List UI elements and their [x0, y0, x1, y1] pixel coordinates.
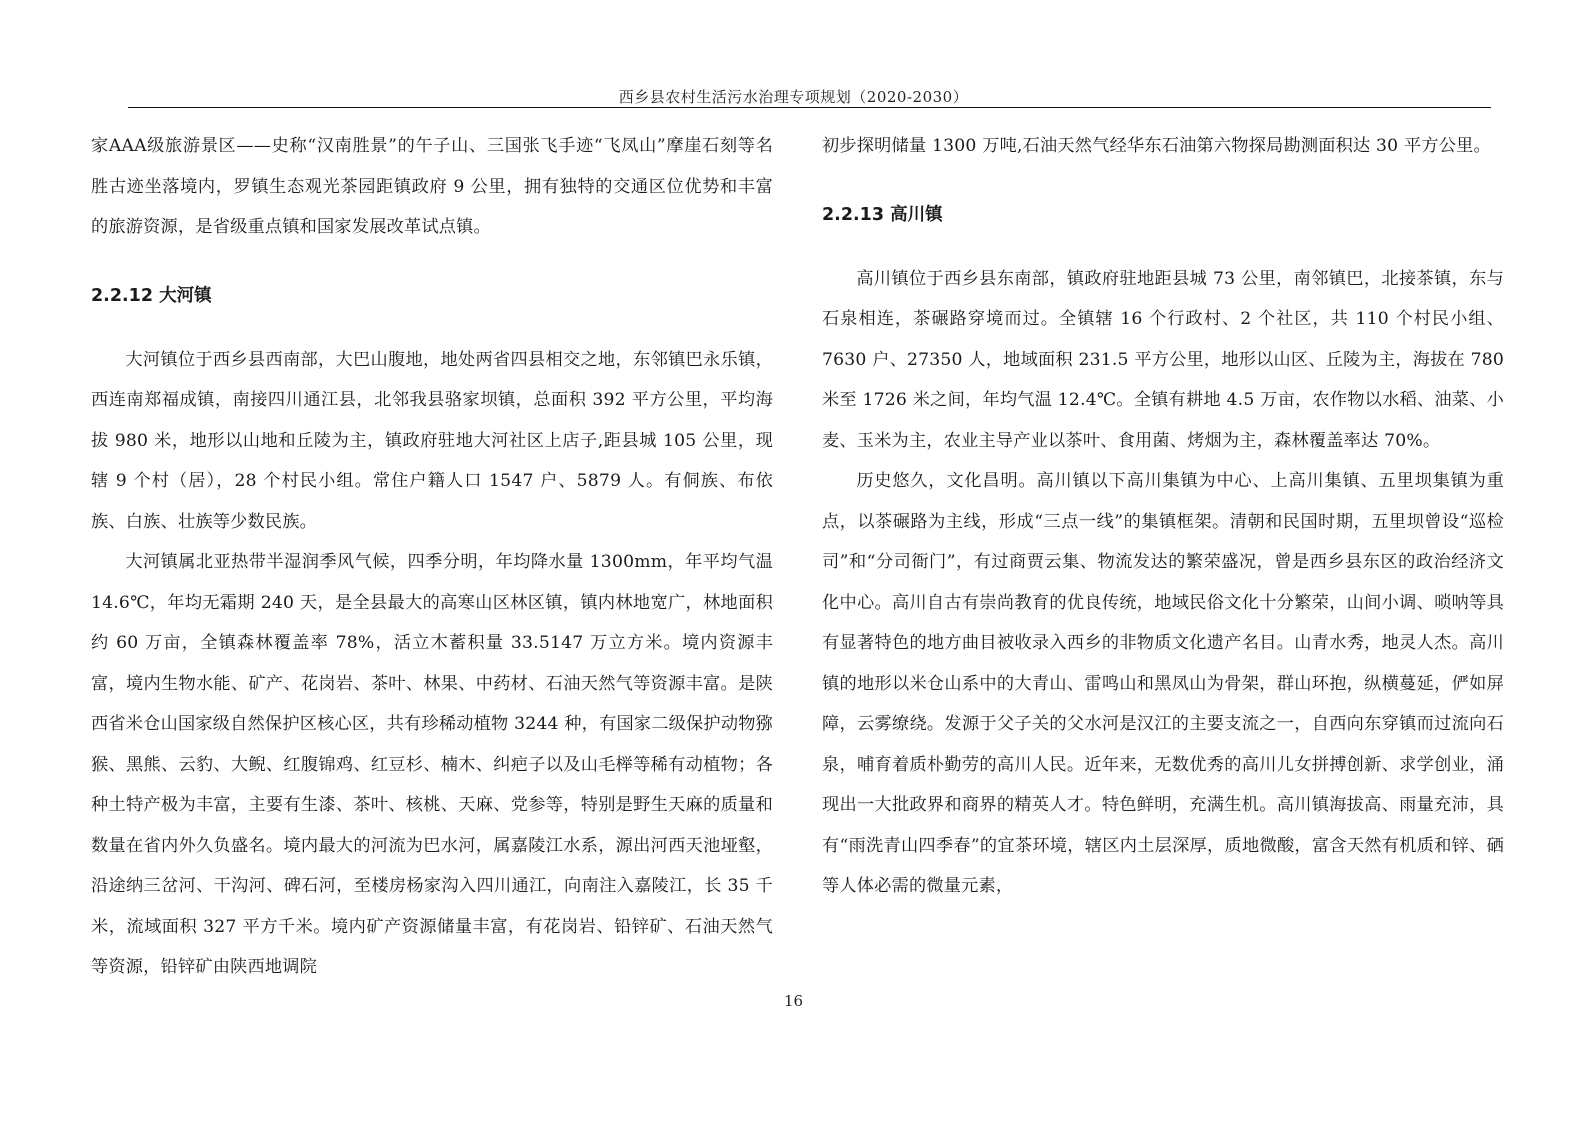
- body-paragraph: 大河镇位于西乡县西南部，大巴山腹地，地处两省四县相交之地，东邻镇巴永乐镇，西连南…: [91, 340, 773, 543]
- body-paragraph: 大河镇属北亚热带半湿润季风气候，四季分明，年均降水量 1300mm，年平均气温 …: [91, 542, 773, 988]
- spacer: [822, 167, 1504, 195]
- spacer: [822, 235, 1504, 259]
- section-heading-dahe-town: 2.2.12 大河镇: [91, 276, 773, 316]
- spacer: [91, 316, 773, 340]
- continuation-paragraph: 家AAA级旅游景区——史称“汉南胜景”的午子山、三国张飞手迹“飞凤山”摩崖石刻等…: [91, 126, 773, 248]
- left-column: 家AAA级旅游景区——史称“汉南胜景”的午子山、三国张飞手迹“飞凤山”摩崖石刻等…: [91, 126, 773, 988]
- running-header-title: 西乡县农村生活污水治理专项规划（2020-2030）: [0, 86, 1587, 107]
- header-divider: [128, 107, 1491, 108]
- right-column: 初步探明储量 1300 万吨,石油天然气经华东石油第六物探局勘测面积达 30 平…: [822, 126, 1504, 907]
- body-paragraph: 高川镇位于西乡县东南部，镇政府驻地距县城 73 公里，南邻镇巴，北接茶镇，东与石…: [822, 259, 1504, 462]
- page-number: 16: [0, 992, 1587, 1010]
- spacer: [91, 248, 773, 276]
- section-heading-gaochuan-town: 2.2.13 高川镇: [822, 195, 1504, 235]
- body-paragraph: 历史悠久，文化昌明。高川镇以下高川集镇为中心、上高川集镇、五里坝集镇为重点，以茶…: [822, 461, 1504, 907]
- continuation-paragraph: 初步探明储量 1300 万吨,石油天然气经华东石油第六物探局勘测面积达 30 平…: [822, 126, 1504, 167]
